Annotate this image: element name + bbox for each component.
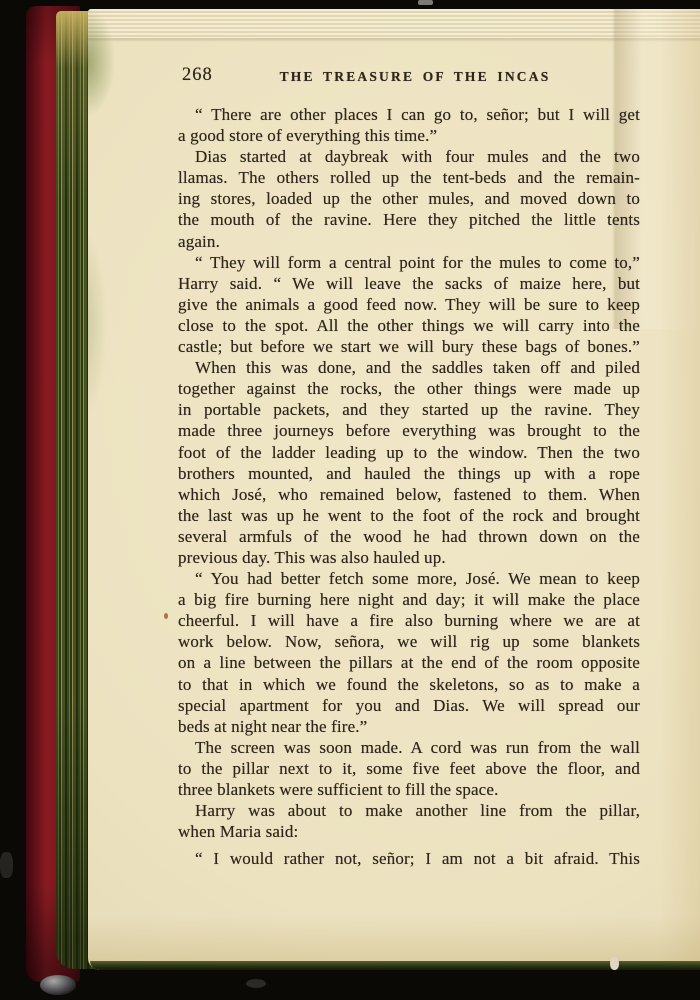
page-text-block: 268 THE TREASURE OF THE INCAS “ There ar… (178, 65, 640, 869)
text-line: made three journeys before everything wa… (178, 420, 640, 441)
text-line: cheerful. I will have a fire also burnin… (178, 610, 640, 631)
paragraph: “ You had better fetch some more, José. … (178, 568, 640, 737)
text-line: “ There are other places I can go to, se… (178, 104, 640, 125)
text-line: the mouth of the ravine. Here they pitch… (178, 209, 640, 230)
paragraph: When this was done, and the saddles take… (178, 357, 640, 568)
text-line: “ They will form a central point for the… (178, 252, 640, 273)
page-top-edge (88, 9, 700, 39)
text-line: to the pillar next to it, some five feet… (178, 758, 640, 779)
page-bottom-shade (88, 915, 700, 961)
text-line: The screen was soon made. A cord was run… (178, 737, 640, 758)
text-line: on a line between the pillars at the end… (178, 652, 640, 673)
paragraph: Dias started at daybreak with four mules… (178, 146, 640, 251)
foxing-speck (164, 613, 168, 619)
text-line: in portable packets, and they started up… (178, 399, 640, 420)
paragraph: The screen was soon made. A cord was run… (178, 737, 640, 800)
running-title: THE TREASURE OF THE INCAS (178, 69, 652, 85)
text-line: special apartment for you and Dias. We w… (178, 695, 640, 716)
text-line: brothers mounted, and hauled the things … (178, 463, 640, 484)
text-line: the last was up he went to the foot of t… (178, 505, 640, 526)
text-line: again. (178, 231, 640, 252)
text-body: “ There are other places I can go to, se… (178, 104, 640, 869)
book-scan-photo: 268 THE TREASURE OF THE INCAS “ There ar… (0, 0, 700, 1000)
text-line: to that in which we found the skeletons,… (178, 674, 640, 695)
text-line: llamas. The others rolled up the tent-be… (178, 167, 640, 188)
text-line: close to the spot. All the other things … (178, 315, 640, 336)
text-line: together against the rocks, the other th… (178, 378, 640, 399)
text-line: When this was done, and the saddles take… (178, 357, 640, 378)
text-line: several armfuls of the wood he had throw… (178, 526, 640, 547)
text-line: Harry said. “ We will leave the sacks of… (178, 273, 640, 294)
text-line: previous day. This was also hauled up. (178, 547, 640, 568)
text-line: give the animals a good feed now. They w… (178, 294, 640, 315)
paragraph: Harry was about to make another line fro… (178, 800, 640, 842)
paragraph: “ I would rather not, señor; I am not a … (178, 848, 640, 869)
page-bottom-edge (90, 961, 700, 970)
scanner-cradle-knob (40, 975, 76, 995)
text-line: “ You had better fetch some more, José. … (178, 568, 640, 589)
text-line: Dias started at daybreak with four mules… (178, 146, 640, 167)
text-line: when Maria said: (178, 821, 640, 842)
green-stain-middle (88, 204, 124, 444)
text-line: foot of the ladder leading up to the win… (178, 442, 640, 463)
text-line: beds at night near the fire.” (178, 716, 640, 737)
text-line: castle; but before we start we will bury… (178, 336, 640, 357)
text-line: Harry was about to make another line fro… (178, 800, 640, 821)
side-smudge (0, 852, 13, 878)
text-line: a big fire burning here night and day; i… (178, 589, 640, 610)
paragraph: “ They will form a central point for the… (178, 252, 640, 357)
text-line: a good store of everything this time.” (178, 125, 640, 146)
top-edge-speck (418, 0, 433, 5)
text-line: work below. Now, señora, we will rig up … (178, 631, 640, 652)
text-line: ing stores, loaded up the other mules, a… (178, 188, 640, 209)
text-line: “ I would rather not, señor; I am not a … (178, 848, 640, 869)
book-page: 268 THE TREASURE OF THE INCAS “ There ar… (88, 9, 700, 970)
scanner-cradle-bump (246, 979, 266, 988)
green-stain-top (88, 9, 148, 149)
text-line: three blankets were sufficient to fill t… (178, 779, 640, 800)
page-right-shade (660, 9, 700, 970)
text-line: which José, who remained below, fastened… (178, 484, 640, 505)
paragraph: “ There are other places I can go to, se… (178, 104, 640, 146)
page-header: 268 THE TREASURE OF THE INCAS (178, 65, 640, 89)
white-speck (610, 957, 619, 970)
page-top-shadow (88, 38, 700, 42)
